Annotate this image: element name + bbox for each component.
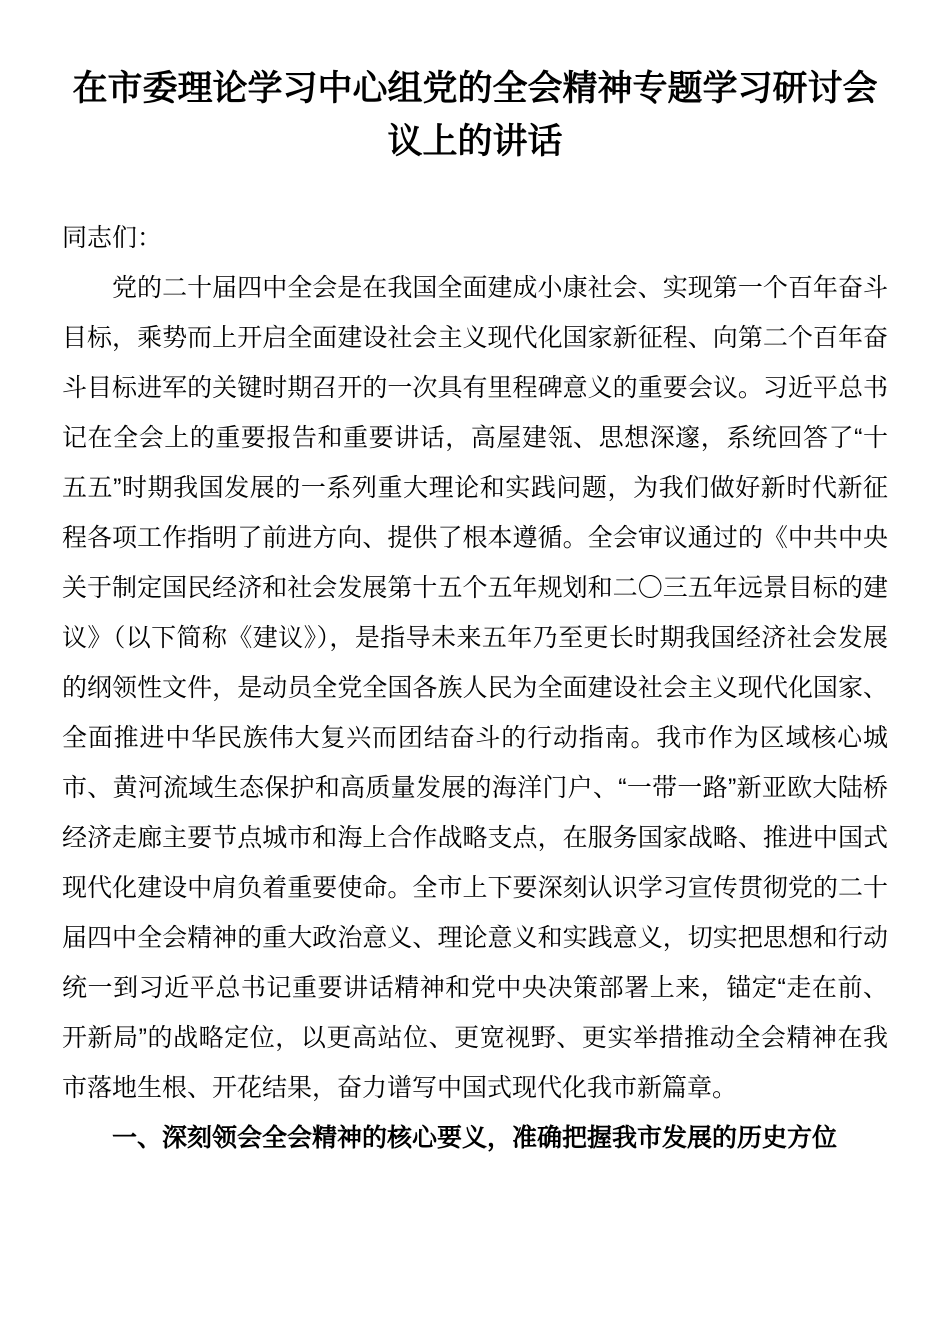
salutation: 同志们： xyxy=(62,213,888,263)
document-page: 在市委理论学习中心组党的全会精神专题学习研讨会议上的讲话 同志们： 党的二十届四… xyxy=(0,0,950,1344)
document-title: 在市委理论学习中心组党的全会精神专题学习研讨会议上的讲话 xyxy=(62,62,888,168)
section-heading: 一、深刻领会全会精神的核心要义，准确把握我市发展的历史方位 xyxy=(62,1113,888,1163)
body-paragraph: 党的二十届四中全会是在我国全面建成小康社会、实现第一个百年奋斗目标，乘势而上开启… xyxy=(62,263,888,1113)
